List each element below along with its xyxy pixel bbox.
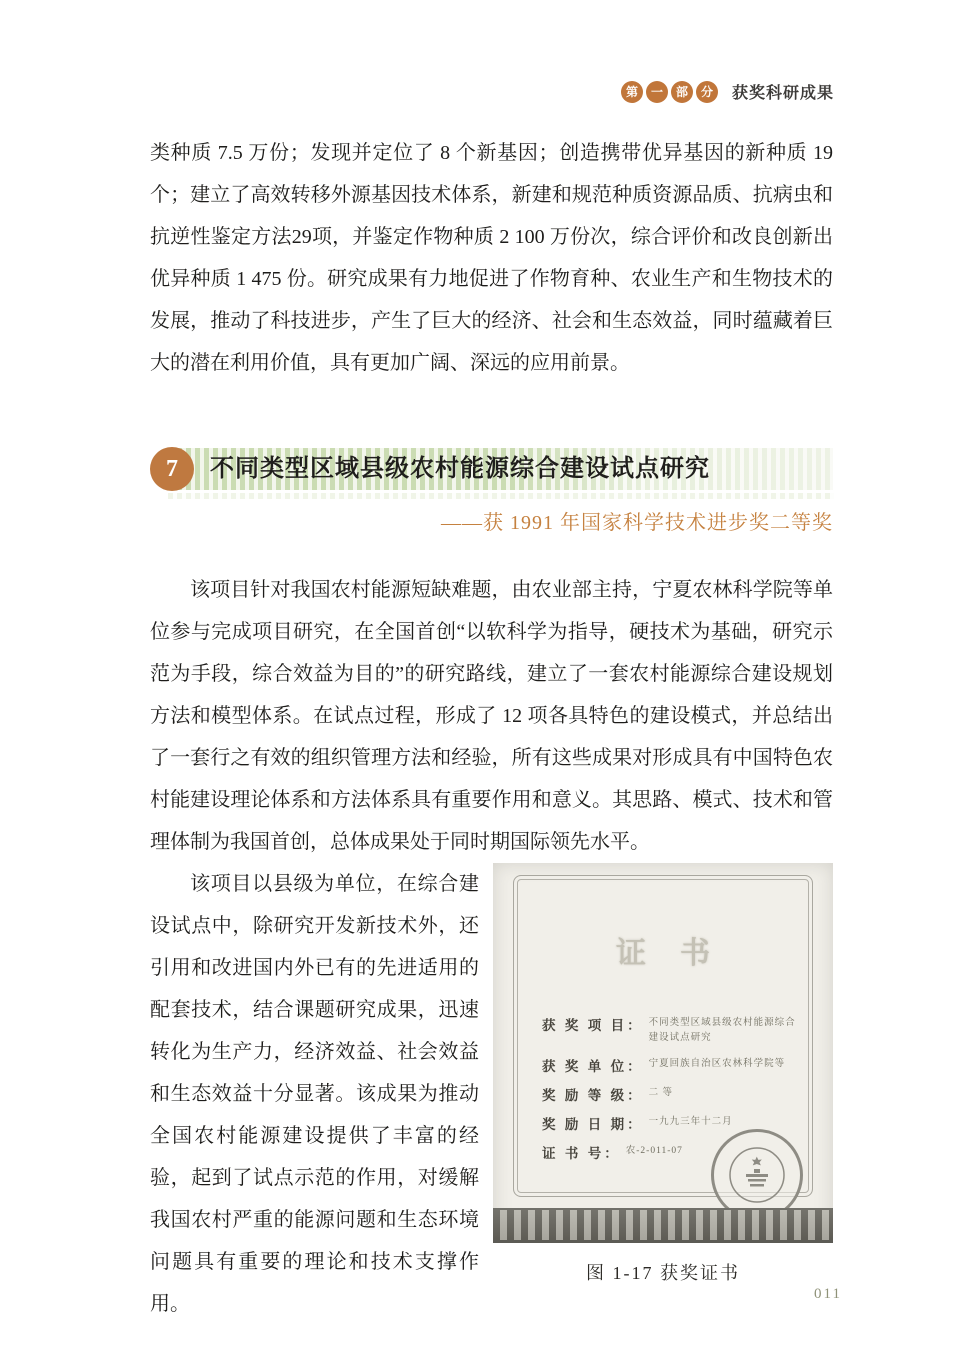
page-content: 类种质 7.5 万份；发现并定位了 8 个新基因；创造携带优异基因的新种质 19…: [150, 132, 833, 1325]
certificate-field-label: 获 奖 单 位：: [542, 1055, 644, 1075]
certificate-field-row: 获 奖 项 目： 不同类型区域县级农村能源综合建设试点研究: [542, 1014, 796, 1046]
page-number: 011: [814, 1286, 842, 1303]
section-body: 该项目针对我国农村能源短缺难题，由农业部主持，宁夏农林科学院等单位参与完成项目研…: [150, 569, 833, 1325]
certificate-field-value: 不同类型区域县级农村能源综合建设试点研究: [649, 1014, 796, 1046]
section-number-badge: 7: [150, 447, 194, 491]
book-page: 第 一 部 分 获奖科研成果 类种质 7.5 万份；发现并定位了 8 个新基因；…: [0, 0, 962, 1361]
part-badge-char: 第: [621, 81, 643, 103]
running-header-title: 获奖科研成果: [732, 80, 834, 103]
certificate-field-row: 奖 励 等 级： 二 等: [542, 1084, 796, 1104]
certificate-field-label: 奖 励 等 级：: [542, 1084, 644, 1104]
certificate-field-label: 奖 励 日 期：: [542, 1113, 644, 1133]
part-badge-char: 一: [646, 81, 668, 103]
certificate-field-value: 农-2-011-07: [626, 1142, 683, 1159]
award-subtitle: ——获 1991 年国家科学技术进步奖二等奖: [150, 506, 833, 535]
part-badge-char: 分: [696, 81, 718, 103]
certificate-field-label: 证 书 号：: [542, 1142, 621, 1162]
intro-paragraph: 类种质 7.5 万份；发现并定位了 8 个新基因；创造携带优异基因的新种质 19…: [150, 132, 833, 384]
certificate-figure: 证书 获 奖 项 目： 不同类型区域县级农村能源综合建设试点研究 获 奖 单 位…: [493, 863, 833, 1285]
certificate-field-value: 宁夏回族自治区农林科学院等: [649, 1055, 786, 1072]
certificate-field-label: 获 奖 项 目：: [542, 1014, 644, 1034]
section-paragraph-1: 该项目针对我国农村能源短缺难题，由农业部主持，宁夏农林科学院等单位参与完成项目研…: [150, 569, 833, 863]
section-title: 不同类型区域县级农村能源综合建设试点研究: [168, 448, 833, 490]
part-badge-group: 第 一 部 分: [621, 81, 718, 103]
section-title-band: 7 不同类型区域县级农村能源综合建设试点研究: [168, 448, 833, 490]
section-heading-block: 7 不同类型区域县级农村能源综合建设试点研究 ——获 1991 年国家科学技术进…: [150, 448, 833, 535]
part-badge-char: 部: [671, 81, 693, 103]
certificate-field-value: 二 等: [649, 1084, 673, 1101]
text-wrap-zone: 证书 获 奖 项 目： 不同类型区域县级农村能源综合建设试点研究 获 奖 单 位…: [150, 863, 833, 1325]
certificate-field-value: 一九九三年十二月: [649, 1113, 733, 1130]
certificate-title: 证书: [514, 928, 812, 972]
photo-bottom-edge: [493, 1208, 833, 1243]
certificate-photo: 证书 获 奖 项 目： 不同类型区域县级农村能源综合建设试点研究 获 奖 单 位…: [493, 863, 833, 1243]
running-header: 第 一 部 分 获奖科研成果: [621, 80, 834, 103]
figure-caption: 图 1-17 获奖证书: [493, 1259, 833, 1285]
certificate-field-row: 获 奖 单 位： 宁夏回族自治区农林科学院等: [542, 1055, 796, 1075]
